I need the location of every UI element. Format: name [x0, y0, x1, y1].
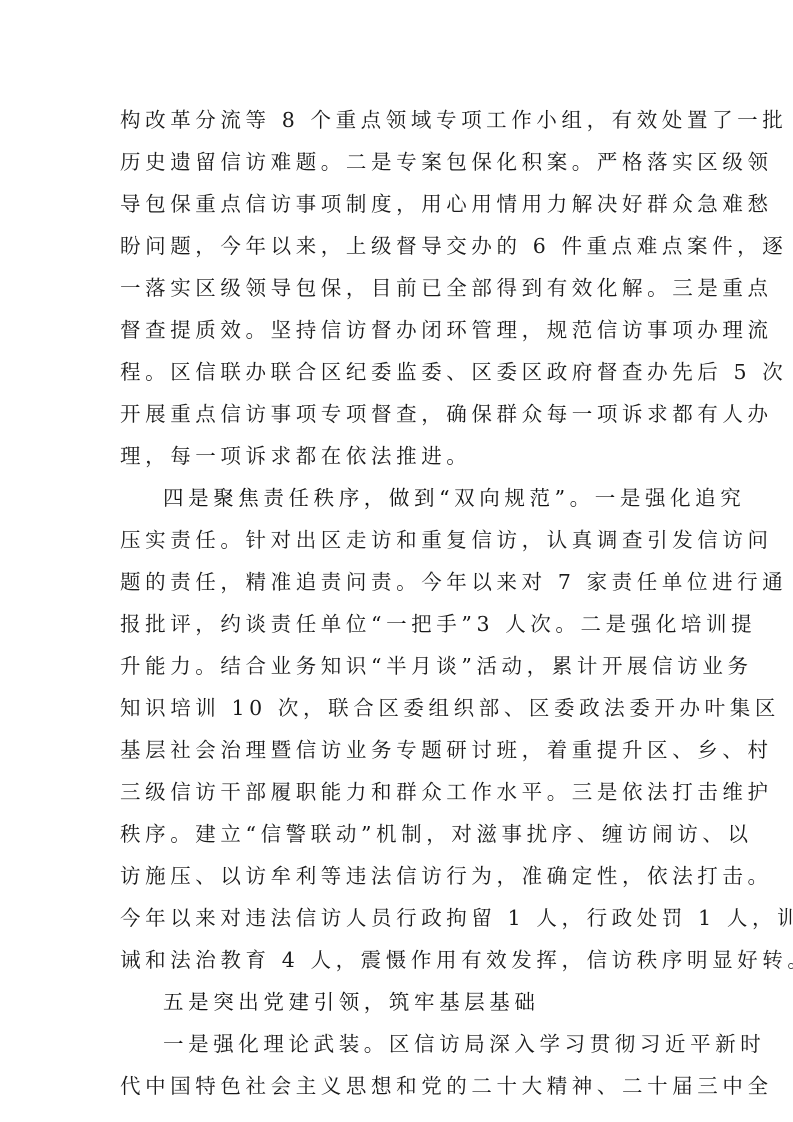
text-line: 升能力。结合业务知识“半月谈”活动，累计开展信访业务: [120, 645, 673, 687]
text-line: 访施压、以访牟利等违法信访行为，准确定性，依法打击。: [120, 855, 673, 897]
text-line: 诫和法治教育 4 人，震慑作用有效发挥，信访秩序明显好转。: [120, 939, 673, 981]
text-line: 督查提质效。坚持信访督办闭环管理，规范信访事项办理流: [120, 309, 673, 351]
text-line: 盼问题，今年以来，上级督导交办的 6 件重点难点案件，逐: [120, 225, 673, 267]
text-line: 基层社会治理暨信访业务专题研讨班，着重提升区、乡、村: [120, 729, 673, 771]
text-fragment: 。一是强化追究: [570, 486, 746, 510]
text-line: 代中国特色社会主义思想和党的二十大精神、二十届三中全: [120, 1065, 673, 1107]
text-line: 一是强化理论武装。区信访局深入学习贯彻习近平新时: [120, 1023, 673, 1065]
text-line: 题的责任，精准追责问责。今年以来对 7 家责任单位进行通: [120, 561, 673, 603]
document-page: 构改革分流等 8 个重点领域专项工作小组，有效处置了一批 历史遗留信访难题。二是…: [120, 99, 673, 1107]
text-line: 三级信访干部履职能力和群众工作水平。三是依法打击维护: [120, 771, 673, 813]
text-line: 历史遗留信访难题。二是专案包保化积案。严格落实区级领: [120, 141, 673, 183]
text-line: 一落实区级领导包保，目前已全部得到有效化解。三是重点: [120, 267, 673, 309]
text-line: 知识培训 10 次，联合区委组织部、区委政法委开办叶集区: [120, 687, 673, 729]
paragraph-theory-study: 一是强化理论武装。区信访局深入学习贯彻习近平新时 代中国特色社会主义思想和党的二…: [120, 1023, 673, 1107]
paragraph-section-five-heading: 五是突出党建引领，筑牢基层基础: [120, 981, 673, 1023]
paragraph-section-four: 四是聚焦责任秩序，做到“双向规范”。一是强化追究 压实责任。针对出区走访和重复信…: [120, 477, 673, 981]
text-line: 报批评，约谈责任单位“一把手”3 人次。二是强化培训提: [120, 603, 673, 645]
text-line-with-heading: 四是聚焦责任秩序，做到“双向规范”。一是强化追究: [120, 477, 673, 519]
text-line: 开展重点信访事项专项督查，确保群众每一项诉求都有人办: [120, 393, 673, 435]
text-line: 构改革分流等 8 个重点领域专项工作小组，有效处置了一批: [120, 99, 673, 141]
section-five-heading: 五是突出党建引领，筑牢基层基础: [120, 981, 673, 1023]
section-four-heading: 四是聚焦责任秩序，做到“双向规范”: [163, 486, 570, 510]
text-line: 程。区信联办联合区纪委监委、区委区政府督查办先后 5 次: [120, 351, 673, 393]
text-line: 秩序。建立“信警联动”机制，对滋事扰序、缠访闹访、以: [120, 813, 673, 855]
text-line: 理，每一项诉求都在依法推进。: [120, 435, 673, 477]
text-line: 压实责任。针对出区走访和重复信访，认真调查引发信访问: [120, 519, 673, 561]
text-line: 今年以来对违法信访人员行政拘留 1 人，行政处罚 1 人，训: [120, 897, 673, 939]
paragraph-special-work-continuation: 构改革分流等 8 个重点领域专项工作小组，有效处置了一批 历史遗留信访难题。二是…: [120, 99, 673, 477]
text-line: 导包保重点信访事项制度，用心用情用力解决好群众急难愁: [120, 183, 673, 225]
